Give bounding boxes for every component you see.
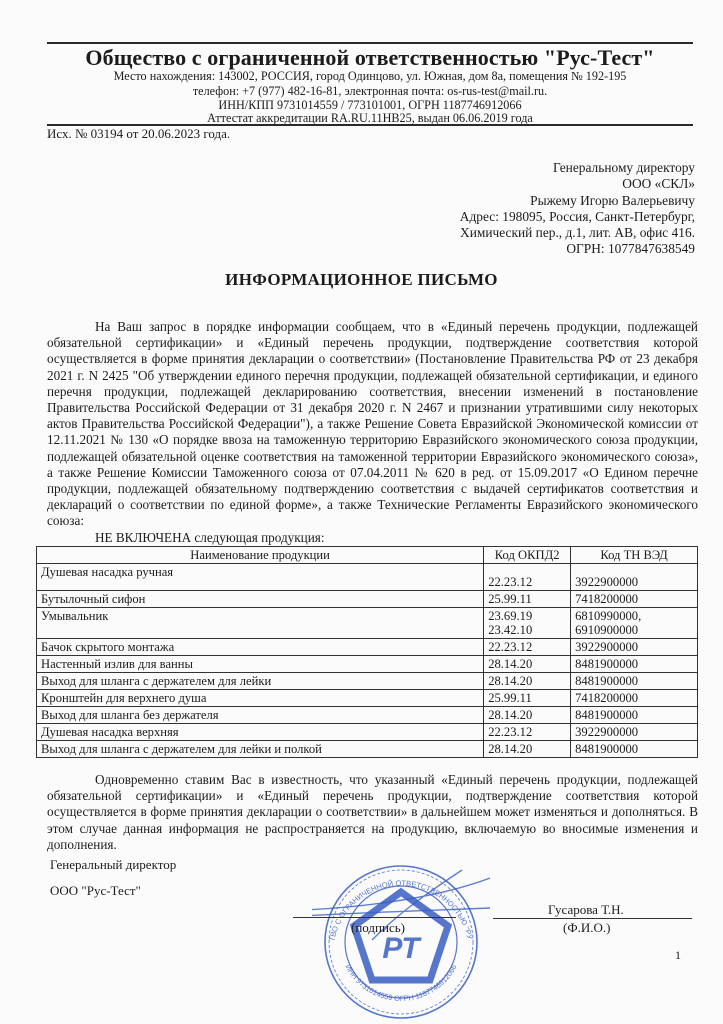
signer-position: Генеральный директор: [50, 857, 176, 873]
cell-tnved: 8481900000: [571, 741, 698, 758]
company-name: Общество с ограниченной ответственностью…: [40, 44, 700, 72]
cell-product-name: Выход для шланга с держателем для лейки …: [37, 741, 484, 758]
table-row: Выход для шланга без держателя28.14.2084…: [37, 707, 698, 724]
cell-tnved: 3922900000: [571, 639, 698, 656]
column-header-tnved: Код ТН ВЭД: [571, 547, 698, 564]
cell-okpd2: 22.23.12: [484, 564, 571, 591]
table-row: Бутылочный сифон25.99.117418200000: [37, 591, 698, 608]
cell-okpd2: 28.14.20: [484, 673, 571, 690]
company-address: Место нахождения: 143002, РОССИЯ, город …: [40, 69, 700, 84]
cell-product-name: Настенный излив для ванны: [37, 656, 484, 673]
cell-tnved: 3922900000: [571, 564, 698, 591]
name-caption: (Ф.И.О.): [563, 920, 610, 936]
table-row: Умывальник23.69.19 23.42.106810990000, 6…: [37, 608, 698, 639]
recipient-line: ОГРН: 1077847638549: [460, 241, 695, 257]
signature-line: [293, 917, 456, 918]
cell-tnved: 8481900000: [571, 707, 698, 724]
cell-okpd2: 28.14.20: [484, 656, 571, 673]
cell-okpd2: 23.69.19 23.42.10: [484, 608, 571, 639]
cell-okpd2: 28.14.20: [484, 707, 571, 724]
recipient-line: Генеральному директору: [460, 160, 695, 176]
table-row: Настенный излив для ванны28.14.208481900…: [37, 656, 698, 673]
cell-product-name: Кронштейн для верхнего душа: [37, 690, 484, 707]
cell-product-name: Умывальник: [37, 608, 484, 639]
cell-product-name: Выход для шланга с держателем для лейки: [37, 673, 484, 690]
cell-product-name: Душевая насадка ручная: [37, 564, 484, 591]
table-row: Выход для шланга с держателем для лейки2…: [37, 673, 698, 690]
products-table: Наименование продукции Код ОКПД2 Код ТН …: [36, 546, 698, 758]
table-lead-text: НЕ ВКЛЮЧЕНА следующая продукция:: [95, 530, 325, 546]
cell-product-name: Бачок скрытого монтажа: [37, 639, 484, 656]
cell-tnved: 3922900000: [571, 724, 698, 741]
cell-tnved: 7418200000: [571, 690, 698, 707]
recipient-line: Рыжему Игорю Валерьевичу: [460, 193, 695, 209]
document-title: ИНФОРМАЦИОННОЕ ПИСЬМО: [0, 270, 723, 290]
signature-caption: (подпись): [351, 920, 405, 936]
table-row: Кронштейн для верхнего душа25.99.1174182…: [37, 690, 698, 707]
cell-product-name: Бутылочный сифон: [37, 591, 484, 608]
cell-okpd2: 28.14.20: [484, 741, 571, 758]
cell-okpd2: 22.23.12: [484, 724, 571, 741]
cell-okpd2: 25.99.11: [484, 690, 571, 707]
table-row: Душевая насадка ручная22.23.123922900000: [37, 564, 698, 591]
outgoing-reference: Исх. № 03194 от 20.06.2023 года.: [47, 126, 230, 142]
company-contacts: телефон: +7 (977) 482-16-81, электронная…: [40, 84, 700, 99]
signer-organization: ООО "Рус-Тест": [50, 883, 141, 899]
cell-tnved: 8481900000: [571, 656, 698, 673]
body-paragraph-2: Одновременно ставим Вас в известность, ч…: [47, 772, 698, 853]
body-paragraph-1: На Ваш запрос в порядке информации сообщ…: [47, 319, 698, 530]
recipient-line: ООО «СКЛ»: [460, 176, 695, 192]
page-number: 1: [675, 948, 681, 963]
cell-tnved: 7418200000: [571, 591, 698, 608]
column-header-name: Наименование продукции: [37, 547, 484, 564]
stamp-logo: РТ: [382, 932, 422, 965]
cell-product-name: Выход для шланга без держателя: [37, 707, 484, 724]
table-row: Выход для шланга с держателем для лейки …: [37, 741, 698, 758]
table-header-row: Наименование продукции Код ОКПД2 Код ТН …: [37, 547, 698, 564]
recipient-line: Адрес: 198095, Россия, Санкт-Петербург,: [460, 209, 695, 225]
cell-product-name: Душевая насадка верхняя: [37, 724, 484, 741]
cell-okpd2: 22.23.12: [484, 639, 571, 656]
cell-tnved: 8481900000: [571, 673, 698, 690]
signer-name: Гусарова Т.Н.: [548, 902, 624, 918]
table-row: Бачок скрытого монтажа22.23.123922900000: [37, 639, 698, 656]
recipient-block: Генеральному директору ООО «СКЛ» Рыжему …: [460, 160, 695, 258]
cell-tnved: 6810990000, 6910900000: [571, 608, 698, 639]
column-header-okpd2: Код ОКПД2: [484, 547, 571, 564]
name-line: [493, 918, 692, 919]
recipient-line: Химический пер., д.1, лит. АВ, офис 416.: [460, 225, 695, 241]
table-row: Душевая насадка верхняя22.23.12392290000…: [37, 724, 698, 741]
cell-okpd2: 25.99.11: [484, 591, 571, 608]
